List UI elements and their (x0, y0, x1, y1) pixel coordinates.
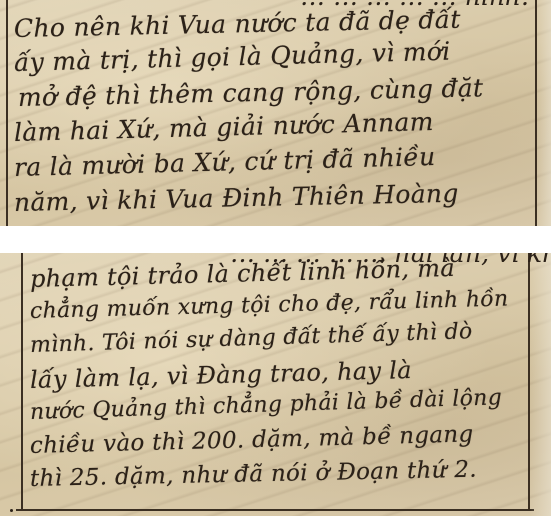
manuscript-line-5: ra là mười ba Xứ, cứ trị đã nhiều (14, 142, 436, 182)
manuscript-line-10: lấy làm lạ, vì Đàng trao, hay là (30, 356, 412, 394)
outer-margin (530, 253, 551, 516)
left-margin-rule (6, 0, 8, 226)
manuscript-line-13: thì 25. dặm, như đã nói ở Đoạn thứ 2. (30, 457, 477, 492)
manuscript-bottom-section: … … … … … hai lần, vì khi đã phạm tội tr… (0, 253, 551, 516)
ink-dot (10, 509, 13, 512)
manuscript-line-3: mở đệ thì thêm cang rộng, cùng đặt (18, 73, 484, 112)
manuscript-line-9: mình. Tôi nói sự dàng đất thế ấy thì dò (30, 319, 473, 358)
crop-gap (0, 226, 551, 253)
outer-margin (537, 0, 551, 226)
manuscript-line-12: chiều vào thì 200. dặm, mà bề ngang (30, 421, 474, 459)
manuscript-line-2: ấy mà trị, thì gọi là Quảng, vì mới (14, 37, 451, 77)
left-margin-rule (21, 253, 23, 509)
bottom-margin-rule (16, 509, 534, 511)
manuscript-top-section: … … … … … ninh. Cho nên khi Vua nước ta … (0, 0, 551, 226)
manuscript-line-4: làm hai Xứ, mà giải nước Annam (14, 107, 434, 147)
cut-text-line: … … … … … … … … (20, 214, 276, 226)
manuscript-line-8: chẳng muốn xưng tội cho đẹ, rẩu linh hồn (30, 286, 509, 324)
manuscript-line-6: năm, vì khi Vua Đinh Thiên Hoàng (14, 179, 459, 217)
manuscript-line-7: phạm tội trảo là chết linh hồn, mà (30, 254, 456, 293)
